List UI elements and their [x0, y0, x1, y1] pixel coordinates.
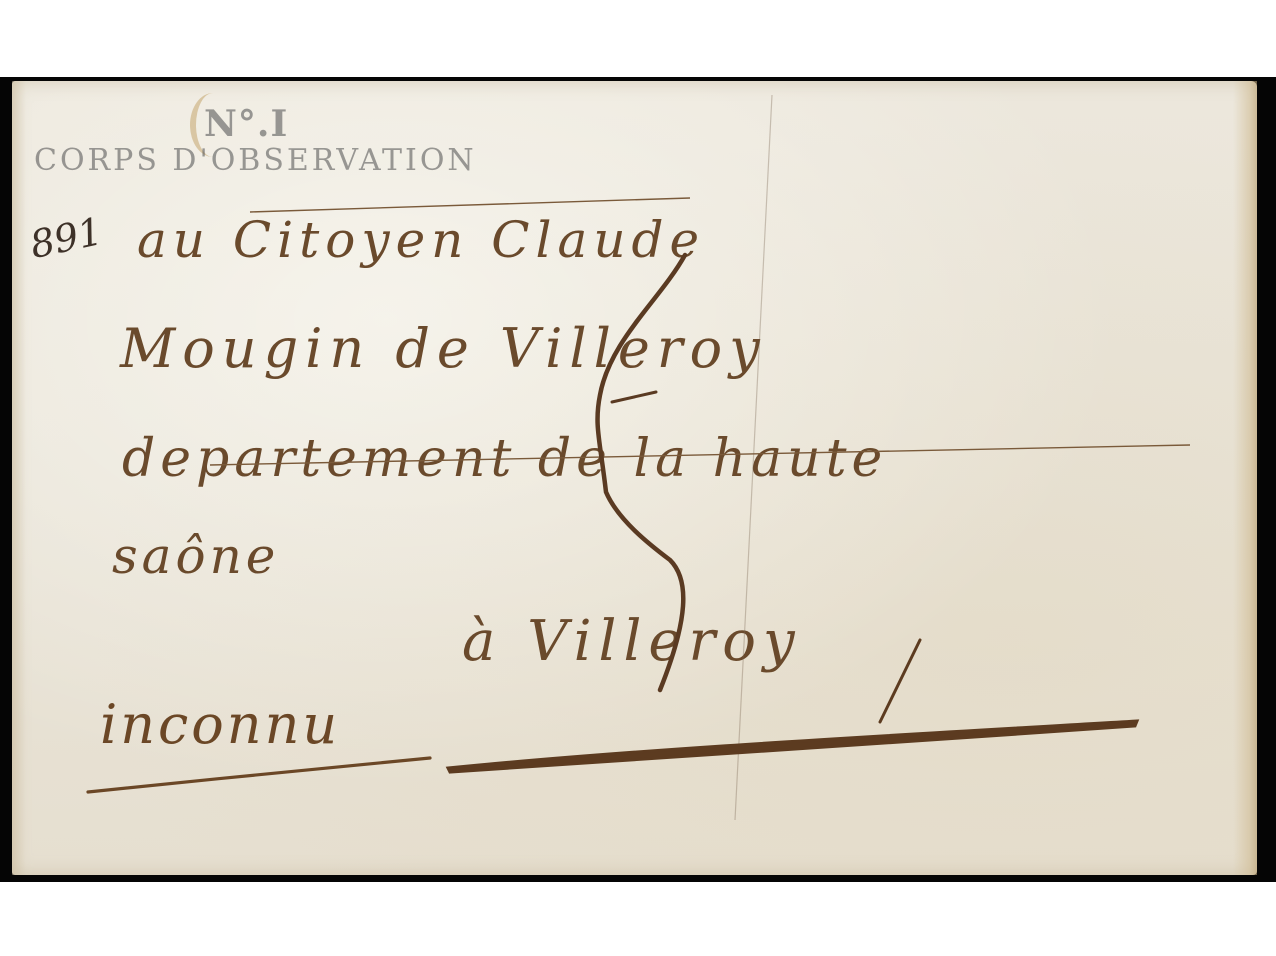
postmark-number: N°.I: [204, 103, 674, 145]
right-fold: [1233, 81, 1257, 875]
endorsement-inconnu: inconnu: [100, 693, 340, 756]
left-edge-shading: [12, 81, 26, 875]
postmark-stamp: N°.I CORPS D'OBSERVATION: [34, 103, 674, 178]
address-line-4: saône: [112, 527, 279, 585]
address-line-1: au Citoyen Claude: [137, 211, 705, 269]
postmark-text: CORPS D'OBSERVATION: [34, 143, 674, 178]
address-line-5: à Villeroy: [462, 609, 802, 674]
photo-background: N°.I CORPS D'OBSERVATION 891 au Citoyen …: [0, 77, 1276, 882]
address-line-2: Mougin de Villeroy: [120, 317, 767, 380]
reference-number: 891: [26, 209, 106, 267]
address-line-3: departement de la haute: [122, 429, 887, 489]
letter-sheet: N°.I CORPS D'OBSERVATION 891 au Citoyen …: [12, 81, 1257, 875]
